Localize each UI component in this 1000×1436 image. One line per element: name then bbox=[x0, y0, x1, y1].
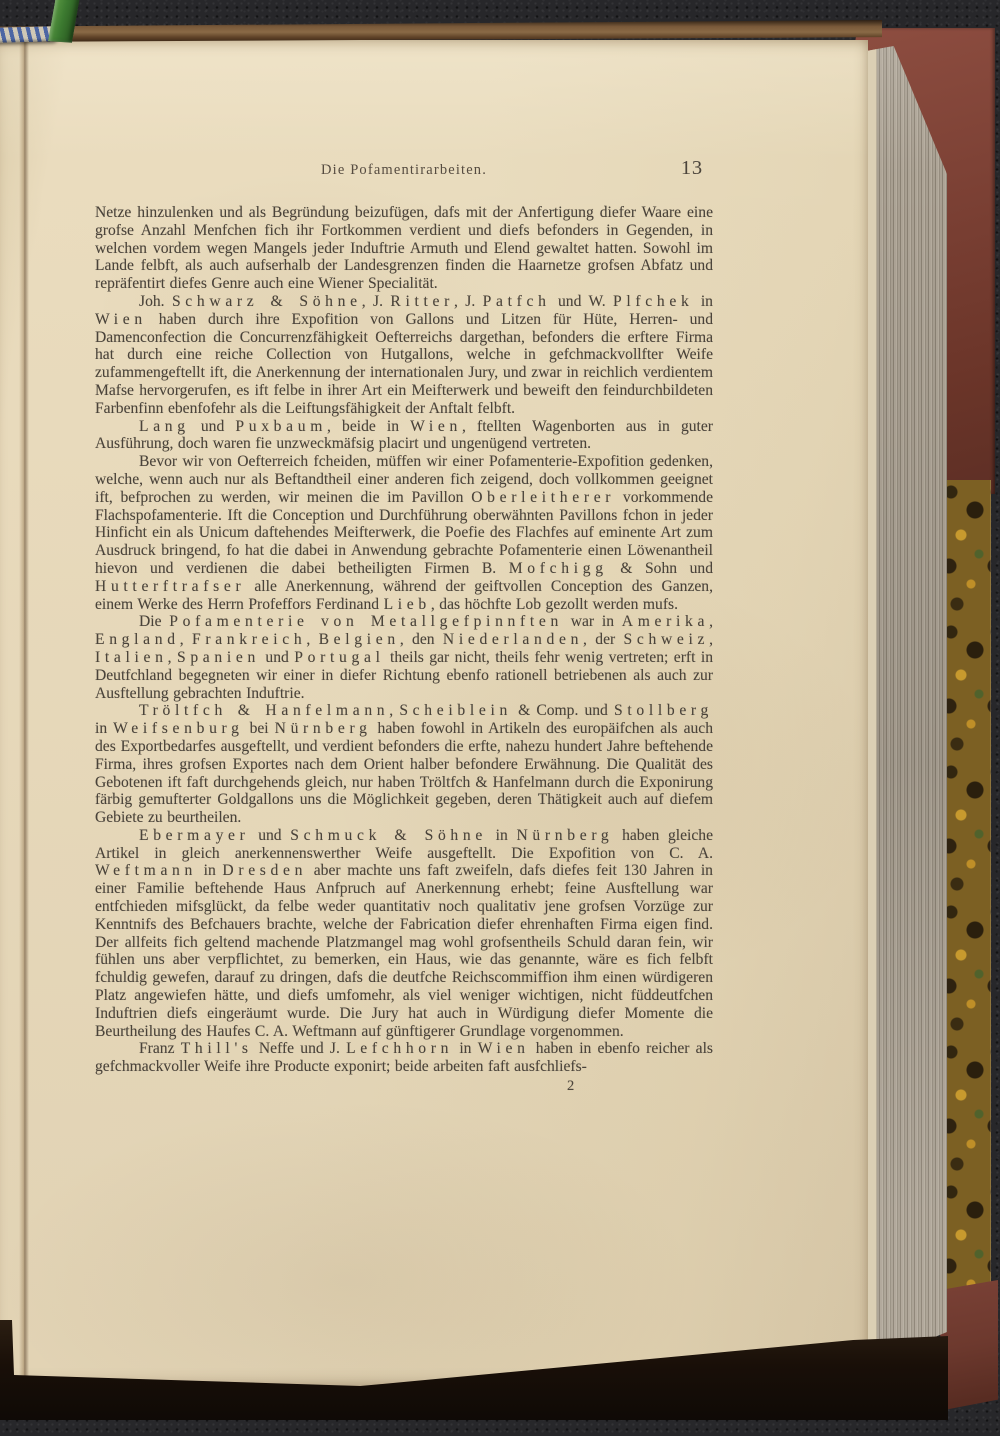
letterspaced-name: Dresden bbox=[222, 862, 307, 879]
text-run: , bbox=[168, 649, 177, 666]
letterspaced-name: Niederlanden bbox=[443, 631, 583, 648]
page-block-fore-edge bbox=[861, 46, 947, 1348]
text-run: und W. bbox=[551, 293, 613, 310]
letterspaced-name: Schweiz bbox=[624, 631, 710, 648]
running-title: Die Pofamentirarbeiten. bbox=[95, 162, 713, 179]
paragraph: Netze hinzulenken und als Begründung bei… bbox=[95, 204, 713, 293]
letterspaced-name: Tröltfch & Hanfelmann bbox=[139, 702, 389, 719]
text-run: war in bbox=[563, 613, 622, 630]
paragraph: Die Pofamenterie von Metallgefpinnften w… bbox=[95, 613, 713, 702]
marbled-cover-edge bbox=[941, 480, 991, 1295]
letterspaced-name: Stollberg bbox=[614, 702, 713, 719]
letterspaced-name: Lang bbox=[139, 418, 190, 435]
letterspaced-name: Nürnberg bbox=[516, 827, 613, 844]
letterspaced-name: Hutterftrafser bbox=[95, 578, 245, 595]
page-body-text: Netze hinzulenken und als Begründung bei… bbox=[95, 204, 713, 1096]
text-run: Neffe und J. bbox=[253, 1040, 346, 1057]
letterspaced-name: Belgien bbox=[319, 631, 400, 648]
text-run: , der bbox=[583, 631, 623, 648]
letterspaced-name: Nürnberg bbox=[275, 720, 372, 737]
text-run: & Comp. und bbox=[512, 702, 614, 719]
text-run: bei bbox=[244, 720, 275, 737]
text-run: haben durch ihre Expofition von Gallons … bbox=[95, 311, 713, 417]
letterspaced-name: Schmuck & Söhne bbox=[290, 827, 487, 844]
text-run: , den bbox=[400, 631, 443, 648]
text-run: , bbox=[709, 631, 713, 648]
letterspaced-name: Scheiblein bbox=[399, 702, 512, 719]
gutter-fold-line bbox=[19, 40, 29, 1388]
paragraph: Tröltfch & Hanfelmann, Scheiblein & Comp… bbox=[95, 702, 713, 827]
text-run: in bbox=[197, 862, 222, 879]
text-run: in bbox=[453, 1040, 478, 1057]
letterspaced-name: Ebermayer bbox=[139, 827, 250, 844]
letterspaced-name: Lieb bbox=[384, 596, 431, 613]
signature-mark: 2 bbox=[567, 1078, 713, 1096]
letterspaced-name: Spanien bbox=[177, 649, 260, 666]
letterspaced-name: Wien bbox=[95, 311, 147, 328]
letterspaced-name: Weifsenburg bbox=[113, 720, 243, 737]
letterspaced-name: Mofchigg bbox=[509, 560, 608, 577]
paragraph: Franz Thill's Neffe und J. Lefchhorn in … bbox=[95, 1040, 713, 1076]
paragraph: Bevor wir von Oefterreich fcheiden, müff… bbox=[95, 453, 713, 613]
text-run: , bbox=[709, 613, 713, 630]
letterspaced-name: Lefchhorn bbox=[346, 1040, 453, 1057]
letterspaced-name: Schwarz & Söhne bbox=[172, 293, 362, 310]
letterspaced-name: Wien bbox=[478, 1040, 530, 1057]
paragraph: Lang und Puxbaum, beide in Wien, ftellte… bbox=[95, 418, 713, 454]
letterspaced-name: Frankreich bbox=[192, 631, 306, 648]
letterspaced-name: Italien bbox=[95, 649, 168, 666]
text-run: in bbox=[487, 827, 516, 844]
letterspaced-name: Wien bbox=[410, 418, 462, 435]
text-run: in bbox=[693, 293, 713, 310]
text-run: , beide in bbox=[327, 418, 410, 435]
letterspaced-name: Plfchek bbox=[613, 293, 693, 310]
text-run: Die bbox=[139, 613, 169, 630]
text-run: , bbox=[180, 631, 192, 648]
letterspaced-name: Ritter bbox=[390, 293, 454, 310]
letterspaced-name: Amerika bbox=[622, 613, 709, 630]
letterspaced-name: Weftmann bbox=[95, 862, 197, 879]
text-run: , J. bbox=[362, 293, 391, 310]
text-run: , bbox=[306, 631, 318, 648]
letterspaced-name: Pofamenterie von Metallgefpinnften bbox=[169, 613, 563, 630]
text-run: , J. bbox=[454, 293, 483, 310]
letterspaced-name: Oberleitherer bbox=[471, 489, 615, 506]
letterspaced-name: Thill's bbox=[181, 1040, 253, 1057]
letterspaced-name: Portugal bbox=[294, 649, 384, 666]
page-number: 13 bbox=[681, 157, 703, 180]
letterspaced-name: Patfch bbox=[483, 293, 551, 310]
text-run: Joh. bbox=[139, 293, 172, 310]
text-run: , das höchfte Lob gezollt werden mufs. bbox=[431, 596, 678, 613]
letterspaced-name: England bbox=[95, 631, 180, 648]
text-run: , bbox=[389, 702, 399, 719]
text-run: & Sohn und bbox=[608, 560, 713, 577]
book-scan-photo: { "page": { "header": { "title": "Die Po… bbox=[0, 0, 1000, 1436]
paragraph: Joh. Schwarz & Söhne, J. Ritter, J. Patf… bbox=[95, 293, 713, 418]
text-run: und bbox=[260, 649, 294, 666]
page-paragraphs: Netze hinzulenken und als Begründung bei… bbox=[95, 204, 713, 1076]
text-run: und bbox=[250, 827, 291, 844]
text-run: Franz bbox=[139, 1040, 181, 1057]
book-page: Die Pofamentirarbeiten. 13 Netze hinzule… bbox=[0, 40, 868, 1388]
letterspaced-name: Puxbaum bbox=[235, 418, 327, 435]
paragraph: Ebermayer und Schmuck & Söhne in Nürnber… bbox=[95, 827, 713, 1041]
text-run: und bbox=[190, 418, 236, 435]
text-run: aber machte uns faft zweifeln, dafs dief… bbox=[95, 862, 713, 1039]
page-header: Die Pofamentirarbeiten. 13 bbox=[95, 162, 713, 179]
text-run: Netze hinzulenken und als Begründung bei… bbox=[95, 204, 713, 292]
text-run: in bbox=[95, 720, 113, 737]
